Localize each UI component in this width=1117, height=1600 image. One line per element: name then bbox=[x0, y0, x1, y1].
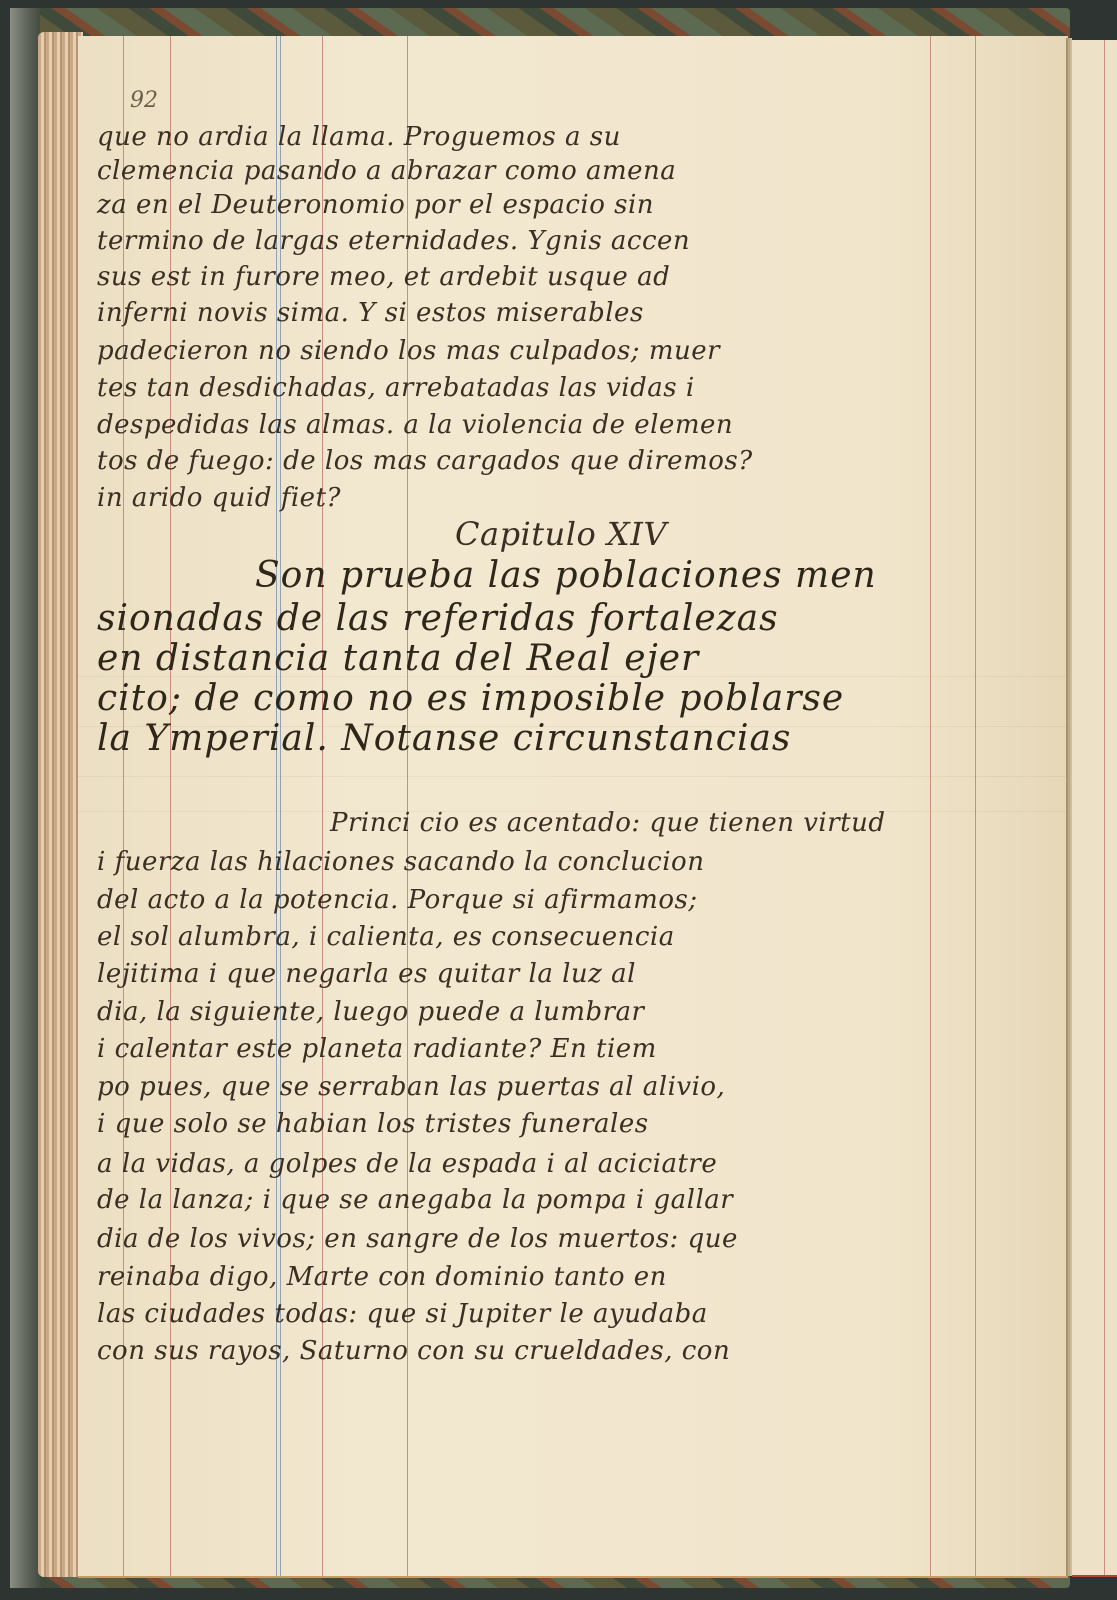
manuscript-line: con sus rayos, Saturno con su crueldades… bbox=[97, 1336, 730, 1366]
chapter-summary-line: cito; de como no es imposible poblarse bbox=[97, 678, 844, 719]
manuscript-line: reinaba digo, Marte con dominio tanto en bbox=[97, 1262, 667, 1292]
book-cover-spine-edge bbox=[10, 8, 40, 1588]
manuscript-line: in arido quid fiet? bbox=[97, 483, 341, 513]
manuscript-line: tes tan desdichadas, arrebatadas las vid… bbox=[97, 373, 695, 403]
manuscript-line: sus est in furore meo, et ardebit usque … bbox=[97, 262, 670, 292]
manuscript-line: lejitima i que negarla es quitar la luz … bbox=[97, 959, 636, 989]
manuscript-line: a la vidas, a golpes de la espada i al a… bbox=[97, 1149, 717, 1179]
manuscript-line: inferni novis sima. Y si estos miserable… bbox=[97, 298, 644, 328]
manuscript-line: dia de los vivos; en sangre de los muert… bbox=[97, 1224, 738, 1254]
manuscript-line: despedidas las almas. a la violencia de … bbox=[97, 410, 733, 440]
ruling-line-red bbox=[930, 36, 931, 1576]
manuscript-line: clemencia pasando a abrazar como amena bbox=[97, 156, 676, 186]
chapter-summary-line: la Ymperial. Notanse circunstancias bbox=[97, 718, 791, 759]
manuscript-line: tos de fuego: de los mas cargados que di… bbox=[97, 446, 753, 476]
page-number: 92 bbox=[130, 88, 158, 113]
manuscript-line: el sol alumbra, i calienta, es consecuen… bbox=[97, 922, 675, 952]
manuscript-line: termino de largas eternidades. Ygnis acc… bbox=[97, 226, 690, 256]
manuscript-line: que no ardia la llama. Proguemos a su bbox=[97, 122, 621, 152]
manuscript-line: del acto a la potencia. Porque si afirma… bbox=[97, 885, 698, 915]
manuscript-line: za en el Deuteronomio por el espacio sin bbox=[97, 190, 654, 220]
chapter-heading: Capitulo XIV bbox=[455, 515, 667, 553]
manuscript-line: de la lanza; i que se anegaba la pompa i… bbox=[97, 1185, 733, 1215]
manuscript-line: po pues, que se serraban las puertas al … bbox=[97, 1072, 725, 1102]
ruling-line-red bbox=[975, 36, 976, 1576]
manuscript-line: i fuerza las hilaciones sacando la concl… bbox=[97, 847, 704, 877]
manuscript-line: dia, la siguiente, luego puede a lumbrar bbox=[97, 997, 645, 1027]
page-stack-edge bbox=[38, 32, 83, 1577]
chapter-summary-line: Son prueba las poblaciones men bbox=[255, 555, 877, 596]
manuscript-line: padecieron no siendo los mas culpados; m… bbox=[97, 336, 720, 366]
manuscript-line: i calentar este planeta radiante? En tie… bbox=[97, 1034, 657, 1064]
manuscript-line: Princi cio es acentado: que tienen virtu… bbox=[330, 808, 885, 838]
manuscript-line: i que solo se habian los tristes funeral… bbox=[97, 1109, 649, 1139]
facing-page-edge bbox=[1072, 40, 1117, 1577]
chapter-summary-line: sionadas de las referidas fortalezas bbox=[97, 598, 779, 639]
chapter-summary-line: en distancia tanta del Real ejer bbox=[97, 638, 699, 679]
manuscript-line: las ciudades todas: que si Jupiter le ay… bbox=[97, 1299, 708, 1329]
